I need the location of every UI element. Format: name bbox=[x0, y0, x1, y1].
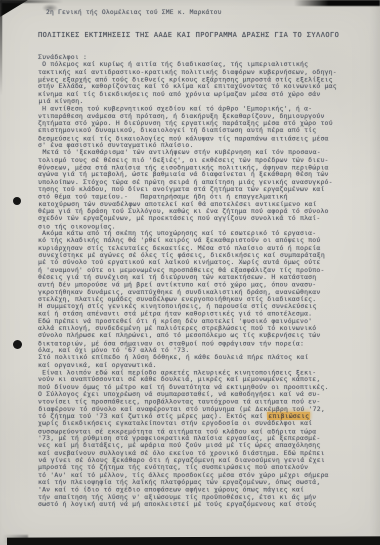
text-line: δικτατοριών, μέ όσα σήμαιναν οι σταθμοί … bbox=[38, 340, 360, 347]
text-line: 'Αν καί τό ίδιο τό σχέδιο αποφάσεων αφήν… bbox=[38, 487, 360, 494]
scanned-document-page: 2η Γενική τής Ολομέλειας τού ΣΜΕ κ. Μαρκ… bbox=[0, 0, 380, 545]
hole-punch-top bbox=[13, 197, 21, 205]
text-line: σωστό ή λογική αυτή νά μή αποκλειστεί μέ… bbox=[38, 501, 360, 508]
text-line: Η αντίθεση τού κυβερνητικού σχεδίου καί … bbox=[38, 106, 360, 113]
text-line: συσσωρεύονται σέ εκκρεμότητα τά αιτήματα… bbox=[38, 428, 360, 435]
scan-artifact-bottom-band bbox=[7, 536, 380, 545]
text-line: καί ή στάση απέναντι στά μέτρα ήταν καθο… bbox=[38, 311, 360, 318]
document-header-line: 2η Γενική τής Ολομέλειας τού ΣΜΕ κ. Μαρκ… bbox=[46, 9, 222, 16]
text-line: διαφέρουν τό σύνολο καί αναφέρονται στό … bbox=[38, 406, 360, 413]
hole-punch-bottom bbox=[13, 340, 22, 349]
document-title: ΠΟΛΙΤΙΚΕΣ ΕΚΤΙΜΗΣΕΙΣ ΤΗΣ ΑΑΔΕ ΚΑΙ ΠΡΟΓΡΑ… bbox=[38, 31, 339, 39]
scan-artifact-left-edge bbox=[0, 0, 2, 95]
text-line: μένες εξαρχής από τούς διεθνείς κρίκους … bbox=[38, 76, 360, 83]
scan-artifact-top-edge bbox=[0, 0, 70, 3]
text-line: αυτή δέν μπορούσε νά μή βρεί αντίκτυπο κ… bbox=[38, 281, 360, 288]
text-line: κίνημα καί τίς διεκδικήσεις πού από χρόν… bbox=[38, 91, 360, 98]
scan-artifact-top-right-band bbox=[294, 0, 380, 6]
text-line: Είναι λοιπόν εδώ καί περίοδο αρκετές πλε… bbox=[38, 369, 360, 376]
text-line: συνεχίστηκε μέ αγώνες σέ όλες τίς φάσεις… bbox=[38, 252, 360, 259]
text-line: κατοχύρωση τών συναδέλφων αποτελεί καί θ… bbox=[38, 201, 360, 208]
text-line: θύνσεων, μέσα στά πλαίσια τής εισοδηματι… bbox=[38, 164, 360, 171]
text-line: δεσμεύσεις καί τίς δικαιολογίες πού κάλυ… bbox=[38, 135, 360, 142]
text-line: Στό πολιτικό επίπεδο ή λύση δόθηκε, ή κά… bbox=[38, 354, 360, 361]
text-line: Μετά τό 'ξεκαθάρισμα' τών αντιλήψεων στή… bbox=[38, 149, 360, 156]
body-text: Συνάδελφοι : Ο πόλεμος καί κυρίως ή αιτί… bbox=[38, 54, 360, 508]
text-line: νά γίνει σέ όλους ξεκάθαρο ότι ή εργαζόμ… bbox=[38, 457, 360, 464]
text-line: σιο τής οικονομίας. bbox=[38, 223, 360, 230]
